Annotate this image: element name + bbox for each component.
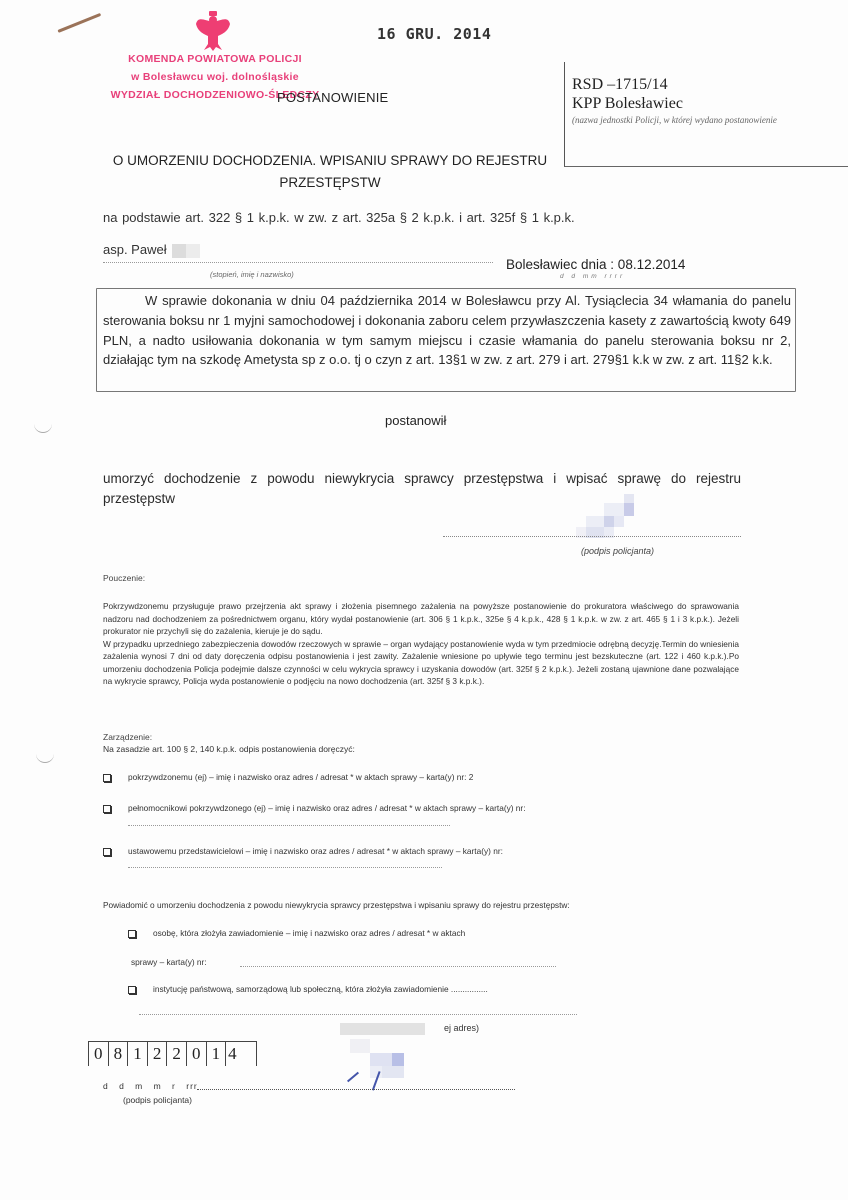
signature-dotted-line bbox=[443, 536, 741, 537]
checkbox[interactable] bbox=[128, 930, 136, 938]
subject-line-1: O UMORZENIU DOCHODZENIA. WPISANIU SPRAWY… bbox=[110, 150, 550, 172]
instructions-paragraph: Pokrzywdzonemu przysługuje prawo przejrz… bbox=[103, 600, 739, 638]
pen-stroke-mark bbox=[57, 13, 101, 33]
notify-item-reporter[interactable]: osobę, która złożyła zawiadomienie – imi… bbox=[128, 928, 465, 938]
instructions-text: Pokrzywdzonemu przysługuje prawo przejrz… bbox=[103, 600, 739, 688]
police-unit: KPP Bolesławiec bbox=[572, 95, 683, 113]
order-basis: Na zasadzie art. 100 § 2, 140 k.p.k. odp… bbox=[103, 744, 355, 754]
bottom-signature-caption: (podpis policjanta) bbox=[123, 1095, 192, 1105]
stamp-line: KOMENDA POWIATOWA POLICJI bbox=[100, 50, 330, 68]
bottom-signature-dotted-line bbox=[197, 1089, 515, 1090]
attorney-dotted-line bbox=[128, 825, 450, 826]
officer-caption: (stopień, imię i nazwisko) bbox=[210, 270, 294, 279]
delivery-item-label: pokrzywdzonemu (ej) – imię i nazwisko or… bbox=[128, 772, 473, 782]
legal-basis: na podstawie art. 322 § 1 k.p.k. w zw. z… bbox=[103, 210, 575, 225]
officer-dotted-line bbox=[103, 262, 493, 263]
redacted-address bbox=[340, 1023, 425, 1093]
checkbox[interactable] bbox=[103, 848, 111, 856]
date-digit: 1 bbox=[206, 1042, 226, 1066]
instructions-paragraph: W przypadku uprzedniego zabezpieczenia d… bbox=[103, 638, 739, 688]
delivery-item-legal-representative[interactable]: ustawowemu przedstawicielowi – imię i na… bbox=[103, 846, 503, 856]
subject-line-2: PRZESTĘPSTW bbox=[110, 172, 550, 194]
date-digit-boxes: 0 8 1 2 2 0 1 4 bbox=[88, 1041, 257, 1066]
date-digit: 4 bbox=[225, 1042, 257, 1066]
stamp-line: w Bolesławcu woj. dolnośląskie bbox=[100, 68, 330, 86]
date-digit: 2 bbox=[147, 1042, 167, 1066]
notify-continuation: sprawy – karta(y) nr: bbox=[131, 957, 207, 967]
redacted-signature bbox=[560, 494, 640, 538]
institution-dotted-line bbox=[139, 1014, 577, 1015]
decided-label: postanowił bbox=[385, 413, 446, 428]
checkbox[interactable] bbox=[128, 986, 136, 994]
notify-item-institution[interactable]: instytucję państwową, samorządową lub sp… bbox=[128, 984, 488, 994]
polish-eagle-emblem-icon bbox=[194, 10, 232, 52]
decision-text: umorzyć dochodzenie z powodu niewykrycia… bbox=[103, 469, 741, 509]
officer-field: asp. Paweł bbox=[103, 242, 200, 258]
delivery-item-label: pełnomocnikowi pokrzywdzonego (ej) – imi… bbox=[128, 803, 526, 813]
date-digit: 2 bbox=[166, 1042, 186, 1066]
date-legend: d d m m r rrr bbox=[103, 1081, 198, 1091]
date-digit: 8 bbox=[108, 1042, 128, 1066]
officer-name: asp. Paweł bbox=[103, 242, 167, 257]
notify-continuation-label: sprawy – karta(y) nr: bbox=[131, 957, 207, 967]
date-digit: 1 bbox=[127, 1042, 147, 1066]
checkbox[interactable] bbox=[103, 774, 111, 782]
delivery-item-label: ustawowemu przedstawicielowi – imię i na… bbox=[128, 846, 503, 856]
binder-hole-mark bbox=[36, 750, 54, 763]
date-digit: 0 bbox=[186, 1042, 206, 1066]
binder-hole-mark bbox=[34, 420, 52, 433]
case-description: W sprawie dokonania w dniu 04 październi… bbox=[103, 291, 791, 370]
checkbox[interactable] bbox=[103, 805, 111, 813]
notify-item-label: osobę, która złożyła zawiadomienie – imi… bbox=[153, 928, 465, 938]
date-digit: 0 bbox=[88, 1042, 108, 1066]
representative-dotted-line bbox=[128, 867, 442, 868]
document-title: POSTANOWIENIE bbox=[277, 90, 388, 105]
address-suffix: ej adres) bbox=[444, 1023, 479, 1033]
place-and-date: Bolesławiec dnia : 08.12.2014 bbox=[506, 257, 685, 272]
redacted-surname bbox=[172, 244, 186, 258]
reference-number: RSD –1715/14 bbox=[572, 76, 668, 94]
notify-item-label: instytucję państwową, samorządową lub sp… bbox=[153, 984, 488, 994]
reporter-dotted-line bbox=[240, 966, 556, 967]
notify-label: Powiadomić o umorzeniu dochodzenia z pow… bbox=[103, 900, 570, 910]
order-label: Zarządzenie: bbox=[103, 732, 152, 742]
signature-caption: (podpis policjanta) bbox=[581, 546, 654, 556]
received-date-stamp: 16 GRU. 2014 bbox=[377, 25, 491, 43]
decision-subject: O UMORZENIU DOCHODZENIA. WPISANIU SPRAWY… bbox=[110, 150, 550, 194]
delivery-item-attorney[interactable]: pełnomocnikowi pokrzywdzonego (ej) – imi… bbox=[103, 803, 526, 813]
instructions-label: Pouczenie: bbox=[103, 573, 145, 583]
redacted-surname bbox=[186, 244, 200, 258]
police-unit-caption: (nazwa jednostki Policji, w której wydan… bbox=[572, 115, 777, 125]
delivery-item-injured[interactable]: pokrzywdzonemu (ej) – imię i nazwisko or… bbox=[103, 772, 473, 782]
date-format-caption: d d mm rrrr bbox=[560, 273, 625, 280]
